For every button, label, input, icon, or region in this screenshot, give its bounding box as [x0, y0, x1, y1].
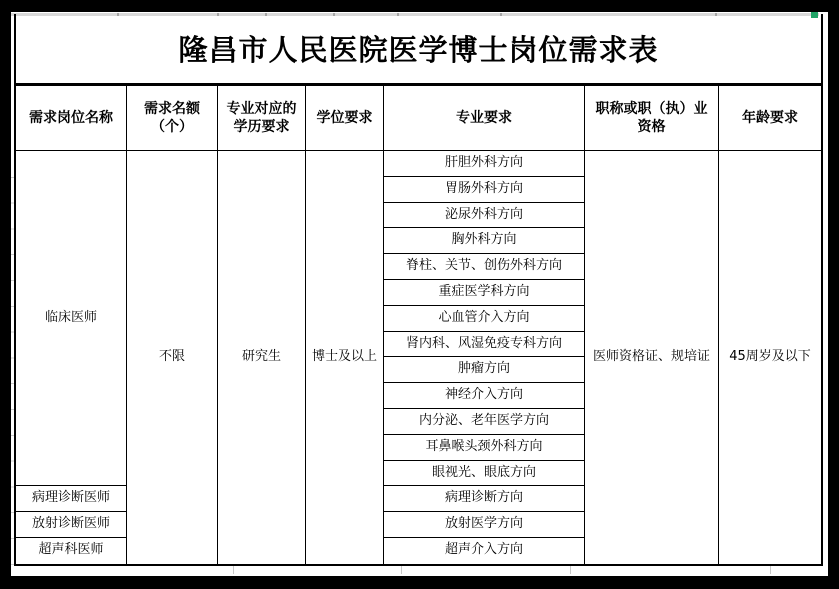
page-title: 隆昌市人民医院医学博士岗位需求表	[14, 14, 823, 86]
column-header-degree: 学位要求	[306, 86, 384, 151]
grid-column-tick	[401, 566, 402, 574]
cell-major-requirement: 超声介入方向	[384, 538, 585, 564]
cell-position-clinical: 临床医师	[16, 151, 127, 486]
cell-major-requirement: 心血管介入方向	[384, 306, 585, 332]
cell-major-requirement: 病理诊断方向	[384, 486, 585, 512]
cell-major-requirement: 肿瘤方向	[384, 357, 585, 383]
cell-major-requirement: 重症医学科方向	[384, 280, 585, 306]
cell-major-requirement: 胃肠外科方向	[384, 177, 585, 203]
grid-column-tick	[570, 566, 571, 574]
column-header-major: 专业要求	[384, 86, 585, 151]
cell-position-pathology: 病理诊断医师	[16, 486, 127, 512]
cell-quota: 不限	[127, 151, 218, 564]
cell-major-requirement: 脊柱、关节、创伤外科方向	[384, 254, 585, 280]
column-header-certification: 职称或职（执）业 资格	[585, 86, 719, 151]
column-header-position-name: 需求岗位名称	[16, 86, 127, 151]
spreadsheet-canvas: 隆昌市人民医院医学博士岗位需求表 需求岗位名称 需求名额 （个） 专业对应的 学…	[11, 12, 828, 576]
cell-major-requirement: 眼视光、眼底方向	[384, 461, 585, 487]
cell-major-requirement: 肝胆外科方向	[384, 151, 585, 177]
cell-major-requirement: 神经介入方向	[384, 383, 585, 409]
column-header-quota: 需求名额 （个）	[127, 86, 218, 151]
cell-education-requirement: 研究生	[218, 151, 306, 564]
cell-major-requirement: 泌尿外科方向	[384, 203, 585, 229]
column-header-age: 年龄要求	[719, 86, 821, 151]
cell-degree-requirement: 博士及以上	[306, 151, 384, 564]
cell-position-radiology: 放射诊断医师	[16, 512, 127, 538]
cell-major-requirement: 内分泌、老年医学方向	[384, 409, 585, 435]
cell-position-ultrasound: 超声科医师	[16, 538, 127, 564]
column-header-education: 专业对应的 学历要求	[218, 86, 306, 151]
cell-major-requirement: 耳鼻喉头颈外科方向	[384, 435, 585, 461]
cell-major-requirement: 胸外科方向	[384, 228, 585, 254]
grid-column-tick	[770, 566, 771, 574]
demand-table: 需求岗位名称 需求名额 （个） 专业对应的 学历要求 学位要求 专业要求 职称或…	[14, 86, 823, 566]
cell-certification: 医师资格证、规培证	[585, 151, 719, 564]
cell-age-requirement: 45周岁及以下	[719, 151, 821, 564]
cell-major-requirement: 放射医学方向	[384, 512, 585, 538]
cell-major-requirement: 肾内科、风湿免疫专科方向	[384, 332, 585, 358]
grid-column-tick	[233, 566, 234, 574]
